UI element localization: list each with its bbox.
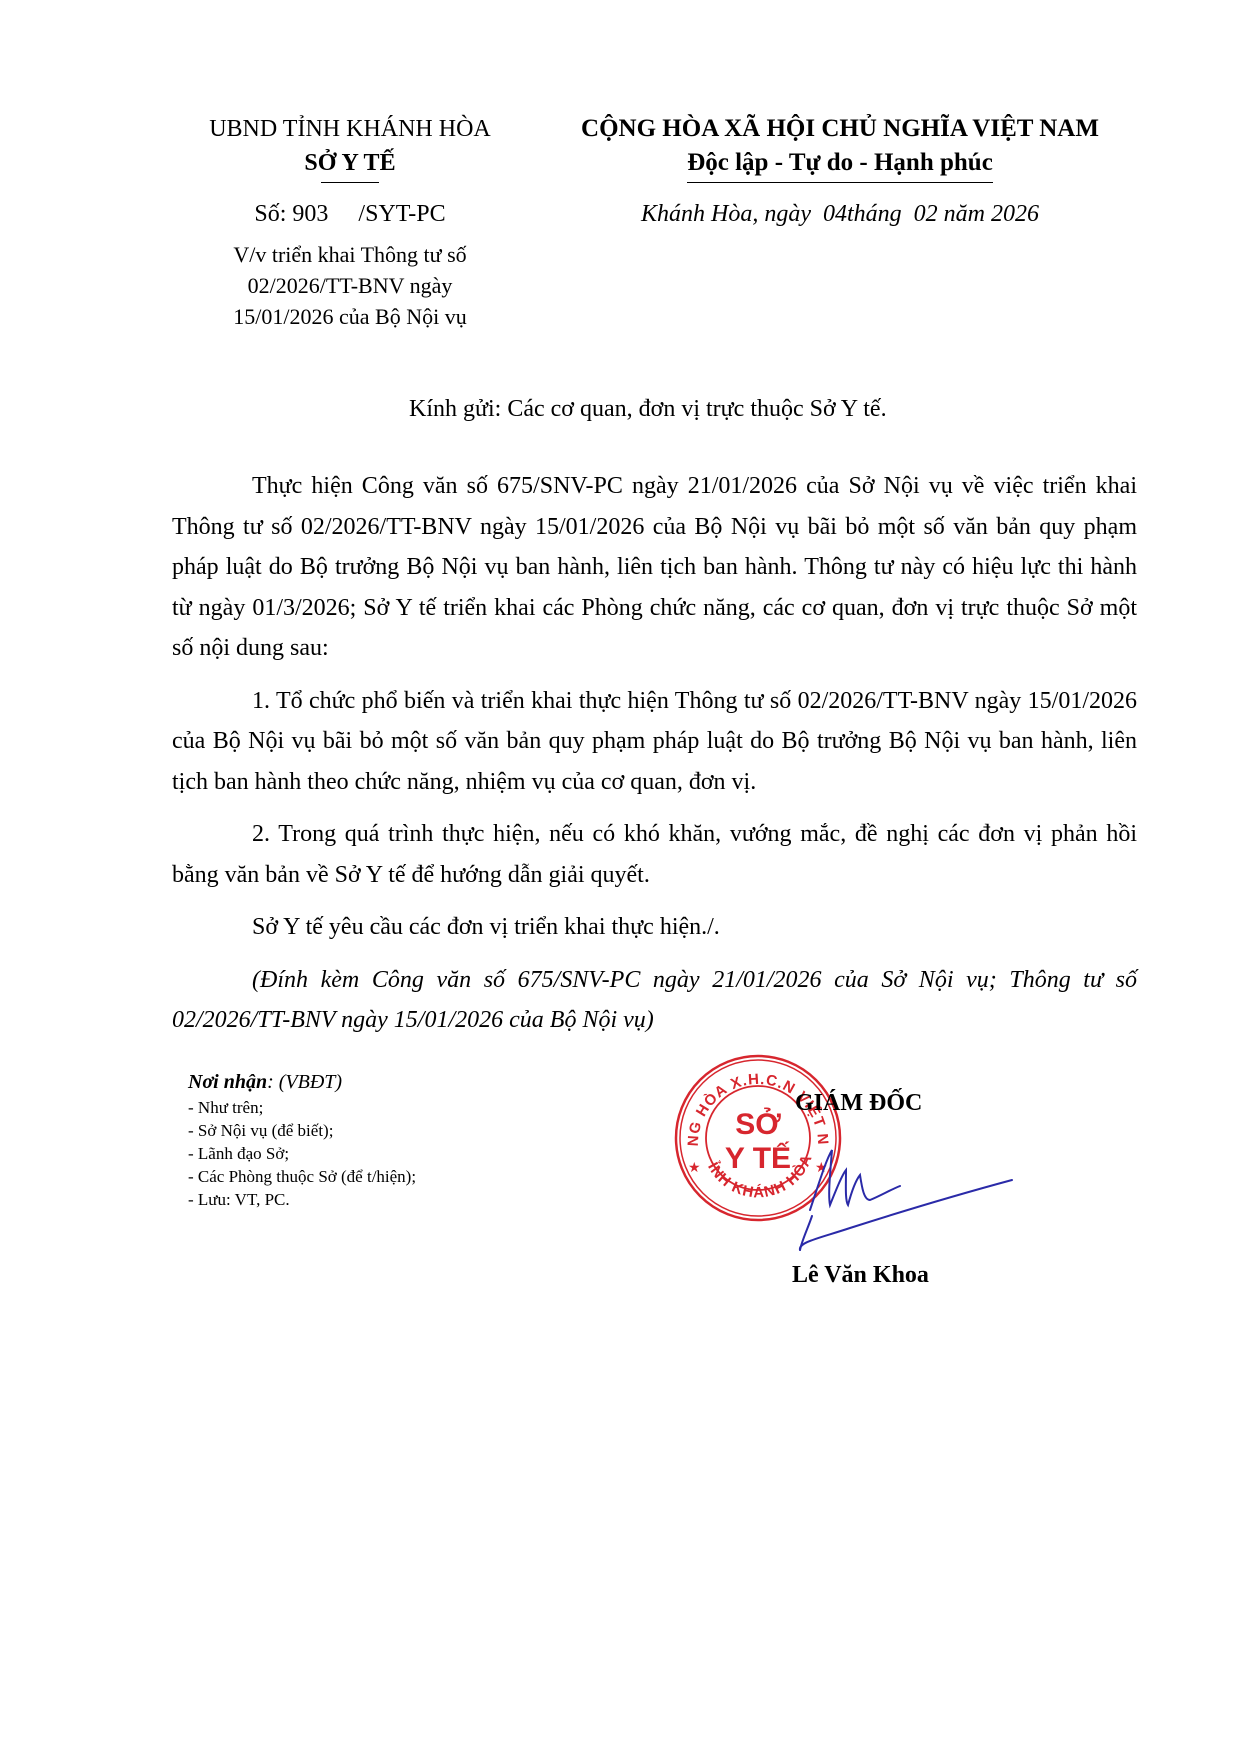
body-paragraph: Sở Y tế yêu cầu các đơn vị triển khai th… (172, 907, 1137, 948)
national-title: CỘNG HÒA XÃ HỘI CHỦ NGHĨA VIỆT NAM (560, 112, 1120, 146)
recipient-item: - Lãnh đạo Sở; (188, 1142, 416, 1165)
recipients-label: Nơi nhận (188, 1071, 267, 1093)
body-paragraph: Thực hiện Công văn số 675/SNV-PC ngày 21… (172, 466, 1137, 669)
handwritten-signature (790, 1120, 1020, 1260)
header-left: UBND TỈNH KHÁNH HÒA SỞ Y TẾ Số: 903 /SYT… (170, 112, 530, 332)
subject-line: 15/01/2026 của Bộ Nội vụ (170, 301, 530, 332)
svg-text:★: ★ (688, 1160, 701, 1176)
authority-name: UBND TỈNH KHÁNH HÒA (170, 112, 530, 146)
recipients-title: Nơi nhận: (VBĐT) (188, 1068, 416, 1096)
agency-underline (321, 182, 379, 183)
recipients-block: Nơi nhận: (VBĐT) - Như trên; - Sở Nội vụ… (188, 1068, 416, 1211)
national-motto: Độc lập - Tự do - Hạnh phúc (687, 146, 993, 183)
recipient-item: - Sở Nội vụ (để biết); (188, 1119, 416, 1142)
signature-scribble-icon (790, 1120, 1020, 1260)
recipient-item: - Các Phòng thuộc Sở (để t/hiện); (188, 1165, 416, 1188)
recipient-item: - Lưu: VT, PC. (188, 1188, 416, 1211)
subject-line: 02/2026/TT-BNV ngày (170, 270, 530, 301)
attachment-note: (Đính kèm Công văn số 675/SNV-PC ngày 21… (172, 960, 1137, 1041)
body-paragraph: 2. Trong quá trình thực hiện, nếu có khó… (172, 814, 1137, 895)
signer-name: Lê Văn Khoa (792, 1258, 929, 1292)
greeting: Kính gửi: Các cơ quan, đơn vị trực thuộc… (409, 392, 887, 426)
recipient-item: - Như trên; (188, 1096, 416, 1119)
body-paragraph: 1. Tổ chức phổ biến và triển khai thực h… (172, 681, 1137, 803)
svg-text:Y TẾ: Y TẾ (725, 1141, 791, 1175)
header-right: CỘNG HÒA XÃ HỘI CHỦ NGHĨA VIỆT NAM Độc l… (560, 112, 1120, 231)
signer-title: GIÁM ĐỐC (795, 1086, 922, 1120)
document-body: Thực hiện Công văn số 675/SNV-PC ngày 21… (172, 466, 1137, 1053)
place-date: Khánh Hòa, ngày 04tháng 02 năm 2026 (560, 197, 1120, 231)
subject-line: V/v triển khai Thông tư số (170, 239, 530, 270)
recipients-label-suffix: : (VBĐT) (267, 1071, 342, 1093)
document-number: Số: 903 /SYT-PC (170, 197, 530, 231)
agency-name: SỞ Y TẾ (170, 146, 530, 180)
svg-text:SỞ: SỞ (735, 1107, 781, 1141)
document-subject: V/v triển khai Thông tư số 02/2026/TT-BN… (170, 239, 530, 332)
